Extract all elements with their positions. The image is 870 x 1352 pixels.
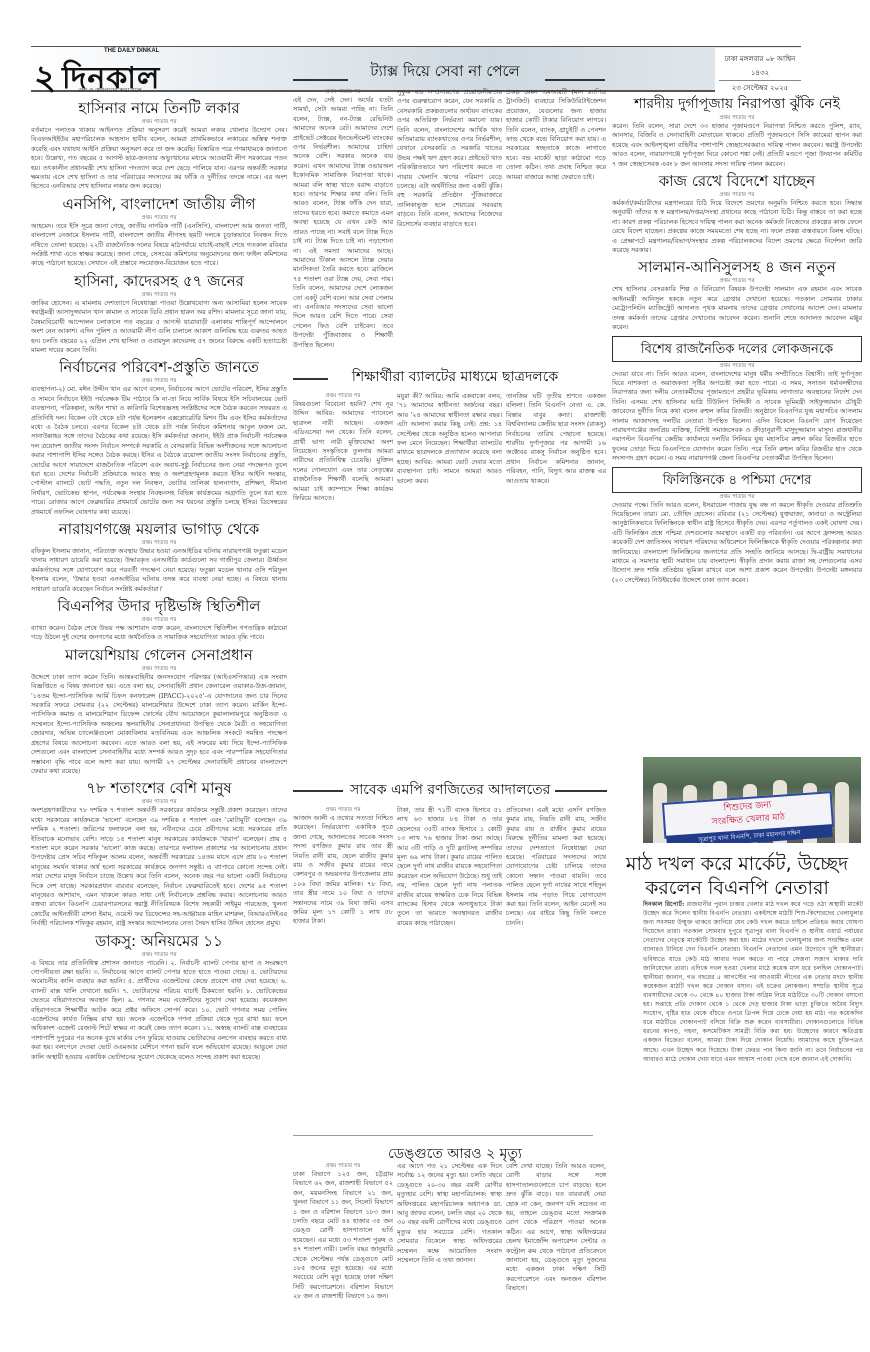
article-body: অংশগ্রহণকারীদের ৭৮ দশমিক ৭ শতাংশ অন্তর্ব… bbox=[31, 806, 287, 928]
article-body-text: মযুরা কী? আবির: আমি একবাক্যে বলব, '৭১ আম… bbox=[397, 392, 502, 486]
article: হাসিনার নামে তিনটি লকার প্রথম পাতার পর ব… bbox=[31, 98, 287, 192]
continued-label: প্রথম পাতার পর bbox=[31, 951, 287, 959]
article-body: বেশি দেখা যাচ্ছে। তিনি আরও বলেন, রোগী বা… bbox=[506, 1162, 606, 1347]
article-headline[interactable]: ফিলিস্তিনকে ৪ পশ্চিমা দেশের bbox=[615, 471, 859, 491]
article-body-text: এর আগে গত ২১ সেপ্টেম্বর এক দিনে সর্বোচ্চ… bbox=[397, 1162, 502, 1265]
article: শারদীয় দুর্গাপূজায় নিরাপত্তা ঝুঁকি নেই… bbox=[612, 94, 862, 169]
article-body-text: এই দেন, সেই দেন। অর্থের যতটা সামর্থ্য, স… bbox=[293, 96, 393, 350]
continued-label: প্রথম পাতার পর bbox=[612, 493, 862, 501]
article-body: প্রথম পাতার পর এই দেন, সেই দেন। অর্থের য… bbox=[293, 88, 393, 363]
article: নির্বাচনের পরিবেশ-প্রস্তুতি জানতে প্রথম … bbox=[31, 357, 287, 517]
article-headline[interactable]: মালয়েশিয়ায় গেলেন সেনাপ্রধান bbox=[31, 645, 287, 665]
article-body-text: টাকা, তার স্ত্রী ৭১টি ব্যাংক হিসাবে ৫১ ল… bbox=[397, 806, 502, 928]
article-body: এর আগে গত ২১ সেপ্টেম্বর এক দিনে সর্বোচ্চ… bbox=[397, 1162, 502, 1347]
photo-person bbox=[835, 782, 849, 843]
article: এনসিপি, বাংলাদেশ জাতীয় লীগ প্রথম পাতার … bbox=[31, 194, 287, 269]
article-headline[interactable]: ৭৮ শতাংশের বেশি মানুষ bbox=[31, 778, 287, 798]
continued-label: প্রথম পাতার পর bbox=[31, 377, 287, 385]
article-body-text: আজাদ আলী এ তথ্যের সত্যতা নিশ্চিত করেছেন।… bbox=[293, 814, 393, 927]
continued-label: প্রথম পাতার পর bbox=[31, 798, 287, 806]
article: ফিলিস্তিনকে ৪ পশ্চিমা দেশের bbox=[612, 467, 862, 493]
continued-label: প্রথম পাতার পর bbox=[293, 392, 393, 400]
article-body-text: বেশি দেখা যাচ্ছে। তিনি আরও বলেন, রোগী বা… bbox=[506, 1162, 606, 1294]
continued-label: প্রথম পাতার পর bbox=[31, 118, 287, 126]
article-body: টাকা, তার স্ত্রী ৭১টি ব্যাংক হিসাবে ৫১ ল… bbox=[397, 806, 502, 1106]
headline-rule bbox=[293, 378, 328, 380]
article-headline[interactable]: ডাকসু: অনিয়মের ১১ bbox=[31, 931, 287, 951]
article-body: দেওয়ার পক্ষে। তিনি আরও বলেন, ইসরায়েল গ… bbox=[612, 501, 862, 586]
article-headline[interactable]: এনসিপি, বাংলাদেশ জাতীয় লীগ bbox=[31, 194, 287, 214]
article-body: এ বিষয়ে তার প্রতিনিধিত্ব প্রশাসন জানাতে… bbox=[31, 959, 287, 1062]
headline-rule bbox=[545, 79, 605, 81]
article: বিশেষ রাজনৈতিক দলের লোকজনকে bbox=[612, 336, 862, 362]
article-body-text: বিষয়গুলো বিবেচনা হয়নি? শেখ নূর উদ্দিন … bbox=[293, 400, 393, 503]
column-right: শারদীয় দুর্গাপূজায় নিরাপত্তা ঝুঁকি নেই… bbox=[612, 92, 862, 754]
continued-label: প্রথম পাতার পর bbox=[31, 665, 287, 673]
article-body: আহমেদ। তবে ইসি সূত্রে জানা গেছে, জাতীয় … bbox=[31, 222, 287, 269]
date-box: ঢাকা মঙ্গলবার ০৮ আশ্বিন ১৪৩২ ২৩ সেপ্টেম্… bbox=[715, 48, 805, 92]
article: মালয়েশিয়ায় গেলেন সেনাপ্রধান প্রথম পাত… bbox=[31, 645, 287, 776]
newspaper-tagline: দেশ ও জনগণের কথা বলে bbox=[78, 85, 141, 96]
news-photo[interactable]: শিশুদের জন্য সংরক্ষিত খেলার মাঠ সূত্রাপু… bbox=[643, 757, 861, 843]
column-left: হাসিনার নামে তিনটি লকার প্রথম পাতার পর ব… bbox=[31, 96, 287, 1346]
article-headline[interactable]: বিশেষ রাজনৈতিক দলের লোকজনকে bbox=[615, 340, 859, 360]
article-body-text: প্রতিবেদন। এরই মধ্যে এসপি রণজিত কুমার রা… bbox=[506, 806, 606, 928]
continued-label: প্রথম পাতার পর bbox=[31, 616, 287, 624]
article-body: ব্যবস্থাপনা-২) মো. মঈন উদ্দীন খান এর আগে… bbox=[31, 385, 287, 517]
continued-label: প্রথম পাতার পর bbox=[612, 362, 862, 370]
article-body: কর্মকর্তা/কর্মচারীদের মন্ত্রণালয়ের চিঠি… bbox=[612, 199, 862, 255]
article: সালমান-আনিসুলসহ ৪ জন নতুন প্রথম পাতার পর… bbox=[612, 257, 862, 332]
headline-rule bbox=[293, 790, 343, 792]
article-headline[interactable]: শারদীয় দুর্গাপূজায় নিরাপত্তা ঝুঁকি নেই bbox=[612, 94, 862, 114]
article-body-text: প্রকল্প যেমন এমআরটি (মাস র‌্যাপিড ট্রানজ… bbox=[506, 88, 606, 182]
article-body: বর্তমানে পলাতক থাকায় আইনগত প্রক্রিয়া অ… bbox=[31, 126, 287, 192]
continued-label: প্রথম পাতার পর bbox=[612, 191, 862, 199]
article-headline[interactable]: সালমান-আনিসুলসহ ৪ জন নতুন bbox=[612, 257, 862, 277]
article: কাজ রেখে বিদেশে যাচ্ছেন প্রথম পাতার পর ক… bbox=[612, 171, 862, 255]
continued-label: প্রথম পাতার পর bbox=[31, 539, 287, 547]
article-headline[interactable]: নারায়ণগঞ্জে ময়লার ভাগাড় থেকে bbox=[31, 519, 287, 539]
continued-label: প্রথম পাতার পর bbox=[612, 114, 862, 122]
article-body: প্রথম পাতার পর আজাদ আলী এ তথ্যের সত্যতা … bbox=[293, 806, 393, 1106]
article-headline[interactable]: বিএনপির উদার দৃষ্টিভঙ্গি স্থিতিশীল bbox=[31, 596, 287, 616]
article-body: রফিকুল ইসলাম জানান, পরিত্যক্ত অবস্থায় উ… bbox=[31, 547, 287, 594]
article-body-text: ঢাকা বিভাগে ১২৫ জন, চট্টগ্রাম বিভাগে ৬২ … bbox=[293, 1170, 393, 1302]
article-body: প্রথম পাতার পর ঢাকা বিভাগে ১২৫ জন, চট্টগ… bbox=[293, 1162, 393, 1347]
article-headline[interactable]: ট্যাক্স দিয়ে সেবা না পেলে bbox=[360, 60, 530, 85]
article-headline[interactable]: শিক্ষার্থীরা ব্যালটের মাধ্যমে ছাত্রদলকে bbox=[330, 365, 580, 389]
article-body: তানজিম ঘটি তৃতীয় শ্রণতে একজন বলিলা। তিন… bbox=[506, 392, 606, 762]
article-headline[interactable]: হাসিনা, কাদেরসহ ৫৭ জনের bbox=[31, 271, 287, 291]
article: নারায়ণগঞ্জে ময়লার ভাগাড় থেকে প্রথম পা… bbox=[31, 519, 287, 594]
article-body: প্রথম পাতার পর বিষয়গুলো বিবেচনা হয়নি? … bbox=[293, 392, 393, 762]
article-body: প্রতিবেদন। এরই মধ্যে এসপি রণজিত কুমার রা… bbox=[506, 806, 606, 1106]
article-body: করেন। তিনি বলেন, সারা দেশে ৩৩ হাজার পূজা… bbox=[612, 122, 862, 169]
headline-rule bbox=[293, 79, 348, 81]
article-headline[interactable]: হাসিনার নামে তিনটি লকার bbox=[31, 98, 287, 118]
feature-byline: দিনকাল রিপোর্ট: bbox=[643, 901, 684, 908]
article: বিএনপির উদার দৃষ্টিভঙ্গি স্থিতিশীল প্রথম… bbox=[31, 596, 287, 643]
article-headline[interactable]: সাবেক এমপি রণজিতের আদালতের bbox=[350, 778, 550, 802]
article-body: মযুরা কী? আবির: আমি একবাক্যে বলব, '৭১ আম… bbox=[397, 392, 502, 762]
article-headline[interactable]: নির্বাচনের পরিবেশ-প্রস্তুতি জানতে bbox=[31, 357, 287, 377]
headline-rule bbox=[555, 790, 607, 792]
article: হাসিনা, কাদেরসহ ৫৭ জনের প্রথম পাতার পর জ… bbox=[31, 271, 287, 355]
newspaper-logo-english: THE DAILY DINKAL bbox=[104, 48, 159, 54]
date-bengali: ঢাকা মঙ্গলবার ০৮ আশ্বিন ১৪৩২ bbox=[719, 52, 801, 81]
article-body: উদ্দেশে ঢাকা ত্যাগ করেন তিনি। আন্তঃবাহিন… bbox=[31, 673, 287, 776]
continued-label: প্রথম পাতার পর bbox=[612, 277, 862, 285]
article-body-text: তানজিম ঘটি তৃতীয় শ্রণতে একজন বলিলা। তিন… bbox=[506, 392, 606, 486]
article-body: সুকুক বন্ড সম্প্রসারণের প্রয়োজনীয়তার ও… bbox=[397, 88, 502, 363]
continued-label: প্রথম পাতার পর bbox=[31, 214, 287, 222]
article-headline[interactable]: কাজ রেখে বিদেশে যাচ্ছেন bbox=[612, 171, 862, 191]
article-body: শেখ হাসিনার বেসরকারি শিল্প ও বিনিয়োগ বি… bbox=[612, 285, 862, 332]
article: ডাকসু: অনিয়মের ১১ প্রথম পাতার পর এ বিষয… bbox=[31, 931, 287, 1062]
article-body: প্রকল্প যেমন এমআরটি (মাস র‌্যাপিড ট্রানজ… bbox=[506, 88, 606, 363]
article-body: জাকির হোসেন। এ মামলায় দেশত্যাগে নিষেধাজ… bbox=[31, 299, 287, 355]
article-body-text: সুকুক বন্ড সম্প্রসারণের প্রয়োজনীয়তার ও… bbox=[397, 88, 502, 229]
article-body: দেওয়া যাবে না। তিনি আরও বলেন, বাংলাদেশে… bbox=[612, 370, 862, 464]
article: ৭৮ শতাংশের বেশি মানুষ প্রথম পাতার পর অংশ… bbox=[31, 778, 287, 928]
feature-body-text: রাজধানীর পুরান ঢাকার খেলার মাঠ দখল করে গ… bbox=[643, 901, 863, 1063]
continued-label: প্রথম পাতার পর bbox=[31, 291, 287, 299]
continued-label: প্রথম পাতার পর bbox=[293, 1162, 393, 1170]
feature-body: দিনকাল রিপোর্ট: রাজধানীর পুরান ঢাকার খেল… bbox=[643, 900, 863, 1345]
article-body: ব্যাখ্যা করেন। বৈঠক শেষে উভয় পক্ষ আশাবা… bbox=[31, 624, 287, 643]
continued-label: প্রথম পাতার পর bbox=[293, 88, 393, 96]
continued-label: প্রথম পাতার পর bbox=[293, 806, 393, 814]
headline-rule bbox=[293, 1135, 593, 1136]
